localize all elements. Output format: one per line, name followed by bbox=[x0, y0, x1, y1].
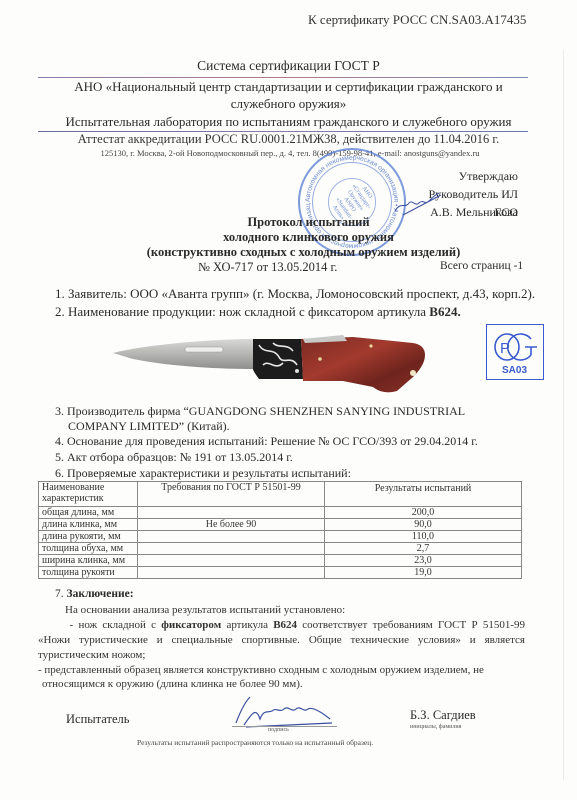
manufacturer: 3. Производитель фирма “GUANGDONG SHENZH… bbox=[55, 404, 535, 434]
page-edge bbox=[563, 50, 564, 780]
table-row: длина рукояти, мм 110,0 bbox=[39, 531, 522, 543]
product-article: B624. bbox=[429, 304, 460, 319]
knife-image bbox=[113, 325, 433, 397]
page-count: Всего страниц -1 bbox=[440, 260, 523, 272]
tester-name-caption: инициалы, фамилия bbox=[410, 724, 461, 730]
protocol-title-line-3: (конструктивно сходных с холодным оружие… bbox=[0, 245, 577, 260]
conclusion-paragraph-2-line-2: относящимся к оружию (длина клинка не бо… bbox=[42, 677, 303, 692]
protocol-title-line-2: холодного клинкового оружия bbox=[0, 230, 577, 245]
accreditation: Аттестат аккредитации РОСС RU.0001.21МЖ3… bbox=[0, 132, 577, 147]
signature-caption: подпись bbox=[268, 727, 289, 733]
results-table: Наименование характеристик Требования по… bbox=[38, 481, 522, 579]
characteristics-heading: 6. Проверяемые характеристики и результа… bbox=[55, 466, 351, 481]
table-row: ширина клинка, мм 23,0 bbox=[39, 555, 522, 567]
table-row: толщина рукояти 19,0 bbox=[39, 567, 522, 579]
system-title: Система сертификации ГОСТ Р bbox=[0, 58, 577, 74]
organization-line-1: АНО «Национальный центр стандартизации и… bbox=[0, 78, 577, 95]
conclusion-paragraph-2: - представленный образец является констр… bbox=[38, 663, 525, 678]
applicant: 1. Заявитель: ООО «Аванта групп» (г. Мос… bbox=[55, 286, 535, 302]
header-result: Результаты испытаний bbox=[325, 482, 522, 507]
gost-r-logo-icon: P SA03 bbox=[487, 325, 542, 378]
conclusion-heading: 7. Заключение: bbox=[55, 588, 134, 600]
laboratory-name: Испытательная лаборатория по испытаниям … bbox=[0, 114, 577, 130]
test-basis: 4. Основание для проведения испытаний: Р… bbox=[55, 434, 478, 449]
svg-text:SA03: SA03 bbox=[502, 365, 527, 376]
gost-r-mark: P SA03 bbox=[486, 324, 544, 380]
product-name: 2. Наименование продукции: нож складной … bbox=[55, 304, 461, 320]
sampling-act: 5. Акт отбора образцов: № 191 от 13.05.2… bbox=[55, 450, 293, 465]
tester-label: Испытатель bbox=[66, 712, 129, 727]
conclusion-paragraph-1-line-3: туристическим ножом; bbox=[38, 648, 145, 663]
table-header-row: Наименование характеристик Требования по… bbox=[39, 482, 522, 507]
tester-signature bbox=[232, 693, 342, 729]
certificate-reference: К сертификату РОСС CN.SA03.A17435 bbox=[308, 12, 526, 28]
approval-label: Утверждаю bbox=[420, 167, 518, 185]
conclusion-intro: На основании анализа результатов испытан… bbox=[65, 603, 345, 618]
protocol-title-line-1: Протокол испытаний bbox=[0, 215, 577, 230]
address: 125130, г. Москва, 2-ой Новоподмосковный… bbox=[60, 148, 520, 158]
header-requirement: Требования по ГОСТ Р 51501-99 bbox=[138, 482, 325, 507]
organization-line-2: служебного оружия» bbox=[0, 95, 577, 112]
conclusion-paragraph-1: - нож складной с фиксатором артикула B62… bbox=[38, 618, 525, 633]
header-characteristic: Наименование характеристик bbox=[39, 482, 138, 507]
footer-note: Результаты испытаний распространяются то… bbox=[137, 738, 373, 747]
organization-name: АНО «Национальный центр стандартизации и… bbox=[0, 78, 577, 112]
protocol-title: Протокол испытаний холодного клинкового … bbox=[0, 215, 577, 260]
table-row: общая длина, мм 200,0 bbox=[39, 507, 522, 519]
approver-signature bbox=[393, 191, 443, 217]
table-row: толщина обуха, мм 2,7 bbox=[39, 543, 522, 555]
conclusion-paragraph-1-line-2: «Ножи туристические и специальные спорти… bbox=[38, 633, 525, 648]
protocol-number: № ХО-717 от 13.05.2014 г. bbox=[198, 260, 337, 275]
table-row: длина клинка, мм Не более 90 90,0 bbox=[39, 519, 522, 531]
tester-name: Б.З. Сагдиев bbox=[410, 708, 476, 723]
